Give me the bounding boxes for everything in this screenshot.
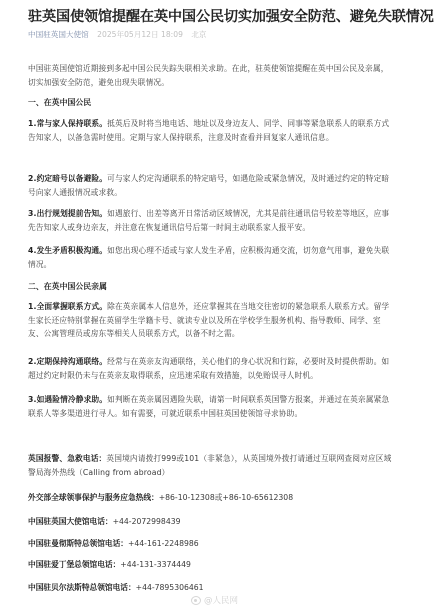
contact-belfast: 中国驻贝尔法斯特总领馆电话：+44-7895306461 xyxy=(28,582,204,593)
section-heading-relatives: 二、在英中国公民亲属 xyxy=(28,281,107,292)
weibo-icon xyxy=(191,596,201,605)
article-meta: 中国驻英国大使馆 2025年05月12日 18:09 北京 xyxy=(28,30,207,40)
contact-value: +44-7895306461 xyxy=(136,583,204,592)
contact-edinburgh: 中国驻爱丁堡总领馆电话：+44-131-3374449 xyxy=(28,559,191,570)
contact-value: +44-131-3374449 xyxy=(120,560,191,569)
contact-embassy: 中国驻英国大使馆电话：+44-2072998439 xyxy=(28,516,181,527)
section-heading-citizens: 一、在英中国公民 xyxy=(28,97,91,108)
intro-paragraph: 中国驻英国使馆近期接到多起中国公民失踪失联相关求助。在此，驻英使领馆提醒在英中国… xyxy=(28,62,392,89)
citizen-item-4: 4.发生矛盾积极沟通。如您出现心理不适或与家人发生矛盾，应积极沟通交流，切勿意气… xyxy=(28,244,392,271)
contact-value: +44-161-2248986 xyxy=(128,539,199,548)
article-title: 驻英国使领馆提醒在英中国公民切实加强安全防范、避免失联情况 xyxy=(28,8,408,26)
item-lead: 3.如遇险情冷静求助。 xyxy=(28,395,107,404)
contact-value: +86-10-12308或+86-10-65612308 xyxy=(159,493,293,502)
item-lead: 2.定期保持沟通联络。 xyxy=(28,357,107,366)
contact-label: 外交部全球领事保护与服务应急热线： xyxy=(28,493,159,502)
relative-item-2: 2.定期保持沟通联络。经常与在英亲友沟通联络，关心他们的身心状况和行踪，必要时及… xyxy=(28,355,392,382)
contact-label: 英国报警、急救电话： xyxy=(28,454,106,463)
citizen-item-3: 3.出行规划提前告知。如遇旅行、出差等离开日常活动区域情况，尤其是前往通讯信号较… xyxy=(28,207,392,234)
weibo-watermark: @人民网 xyxy=(191,594,238,606)
item-lead: 3.出行规划提前告知。 xyxy=(28,209,107,218)
contact-label: 中国驻曼彻斯特总领馆电话： xyxy=(28,539,128,548)
relative-item-1: 1.全面掌握联系方式。除在英亲属本人信息外，还应掌握其在当地交往密切的紧急联系人… xyxy=(28,300,392,341)
item-lead: 4.发生矛盾积极沟通。 xyxy=(28,246,107,255)
contact-police: 英国报警、急救电话：英国境内请拨打999或101（非紧急），从英国境外拨打请通过… xyxy=(28,452,392,479)
citizen-item-2: 2.约定暗号以备避险。可与家人约定沟通联系的特定暗号，如遇危险或紧急情况，及时通… xyxy=(28,172,392,199)
item-lead: 2.约定暗号以备避险。 xyxy=(28,174,107,183)
contact-label: 中国驻英国大使馆电话： xyxy=(28,517,113,526)
source-link[interactable]: 中国驻英国大使馆 xyxy=(28,30,89,39)
contact-mfa-hotline: 外交部全球领事保护与服务应急热线：+86-10-12308或+86-10-656… xyxy=(28,492,293,503)
watermark-text: @人民网 xyxy=(204,594,238,606)
publish-location: 北京 xyxy=(191,30,206,39)
relative-item-3: 3.如遇险情冷静求助。如判断在英亲属因遇险失联，请第一时间联系英国警方报案，并通… xyxy=(28,393,392,420)
contact-manchester: 中国驻曼彻斯特总领馆电话：+44-161-2248986 xyxy=(28,538,199,549)
contact-label: 中国驻贝尔法斯特总领馆电话： xyxy=(28,583,136,592)
contact-label: 中国驻爱丁堡总领馆电话： xyxy=(28,560,120,569)
contact-value: +44-2072998439 xyxy=(113,517,181,526)
citizen-item-1: 1.常与家人保持联系。抵英后及时将当地电话、地址以及身边友人、同学、同事等紧急联… xyxy=(28,117,392,144)
item-lead: 1.全面掌握联系方式。 xyxy=(28,302,107,311)
publish-datetime: 2025年05月12日 18:09 xyxy=(97,30,183,39)
item-lead: 1.常与家人保持联系。 xyxy=(28,119,107,128)
